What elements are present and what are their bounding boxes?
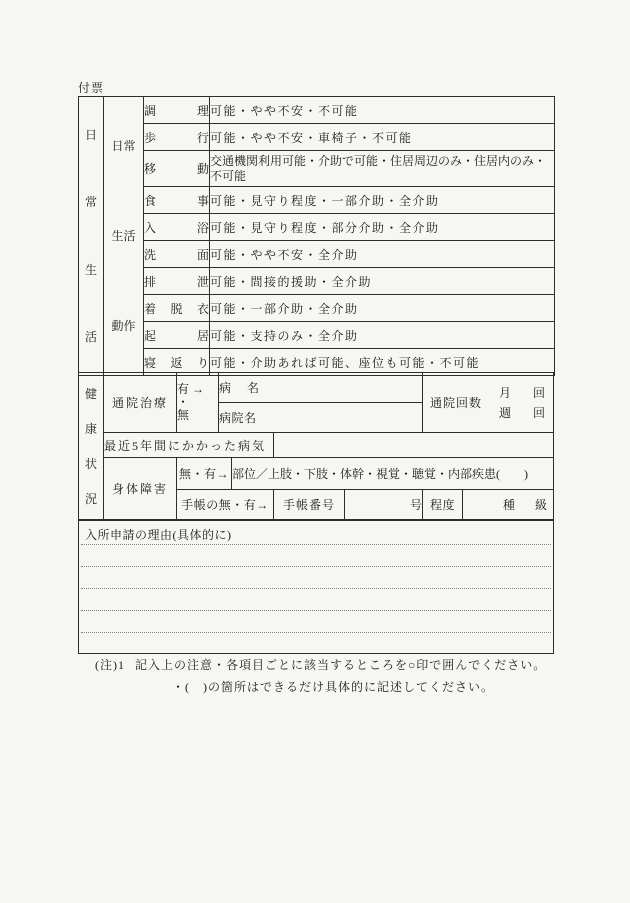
activity-options: 可能・やや不安・全介助 bbox=[210, 241, 555, 268]
footnote-prefix: (注)1 bbox=[95, 656, 125, 673]
activity-options: 可能・見守り程度・一部介助・全介助 bbox=[210, 187, 555, 214]
per-month-label: 月 bbox=[499, 384, 511, 401]
hospital-name-field: 病院名 bbox=[219, 403, 423, 433]
disease-name-field: 病 名 bbox=[219, 373, 423, 403]
activity-options: 可能・やや不安・車椅子・不可能 bbox=[210, 124, 555, 151]
adl-section-label: 日 常 生 活 bbox=[79, 97, 104, 376]
degree-field: 種 級 bbox=[463, 490, 554, 520]
health-section-label-text: 健 康 状 況 bbox=[79, 376, 103, 516]
application-reason-box: 入所申請の理由(具体的に) bbox=[78, 520, 554, 654]
footnote-1-text: 記入上の注意・各項目ごとに該当するところを○印で囲んでください。 bbox=[135, 656, 546, 673]
footnote-1: (注)1 記入上の注意・各項目ごとに該当するところを○印で囲んでください。 bbox=[95, 656, 546, 673]
health-section-label: 健 康 状 況 bbox=[79, 373, 104, 520]
adl-row-getting-up: 起居 可能・支持のみ・全介助 bbox=[79, 322, 555, 349]
recent-illness-field bbox=[274, 433, 554, 458]
adl-row-toileting: 排泄 可能・間接的援助・全介助 bbox=[79, 268, 555, 295]
activity-label: 入浴 bbox=[144, 214, 210, 241]
activity-options: 可能・やや不安・不可能 bbox=[210, 97, 555, 124]
adl-row-dressing: 着脱衣 可能・一部介助・全介助 bbox=[79, 295, 555, 322]
activity-label: 起居 bbox=[144, 322, 210, 349]
ruled-line bbox=[81, 566, 551, 567]
ruled-line bbox=[81, 588, 551, 589]
activity-label: 食事 bbox=[144, 187, 210, 214]
adl-row-mobility: 移動 交通機関利用可能・介助で可能・住居周辺のみ・住居内のみ・不可能 bbox=[79, 151, 555, 187]
outpatient-treatment-label: 通院治療 bbox=[104, 373, 177, 433]
activity-options: 交通機関利用可能・介助で可能・住居周辺のみ・住居内のみ・不可能 bbox=[210, 151, 555, 187]
health-table: 健 康 状 況 通院治療 有 → ・ 無 病 名 通院回数 月 回 bbox=[78, 372, 554, 520]
health-row-recent-illness: 最近5年間にかかった病気 bbox=[79, 433, 554, 458]
activity-label: 移動 bbox=[144, 151, 210, 187]
adl-sub-label-text: 日常 生活 動作 bbox=[104, 101, 143, 371]
visit-frequency-cell: 通院回数 月 回 週 回 bbox=[423, 373, 554, 433]
activity-label: 着脱衣 bbox=[144, 295, 210, 322]
disability-parts: 部位／上肢・下肢・体幹・視覚・聴覚・内部疾患( ) bbox=[232, 458, 554, 490]
adl-row-cooking: 日 常 生 活 日常 生活 動作 調理 可能・やや不安・不可能 bbox=[79, 97, 555, 124]
activity-options: 可能・間接的援助・全介助 bbox=[210, 268, 555, 295]
adl-section-label-text: 日 常 生 活 bbox=[79, 101, 103, 371]
physical-disability-label: 身体障害 bbox=[104, 458, 177, 520]
recent-illness-label: 最近5年間にかかった病気 bbox=[104, 433, 274, 458]
form-page: 付票 日 常 生 活 日常 生活 動作 調理 可能・やや不安・不可能 bbox=[0, 0, 630, 903]
ruled-line bbox=[81, 544, 551, 545]
adl-table: 日 常 生 活 日常 生活 動作 調理 可能・やや不安・不可能 歩行 可能・やや… bbox=[78, 96, 555, 376]
visit-frequency-units: 月 回 週 回 bbox=[499, 384, 553, 421]
adl-row-bathing: 入浴 可能・見守り程度・部分介助・全介助 bbox=[79, 214, 555, 241]
techo-number-field: 号 bbox=[345, 490, 423, 520]
activity-options: 可能・支持のみ・全介助 bbox=[210, 322, 555, 349]
disability-yes-no: 無・有→ bbox=[177, 458, 232, 490]
adl-sub-label: 日常 生活 動作 bbox=[104, 97, 144, 376]
activity-options: 可能・見守り程度・部分介助・全介助 bbox=[210, 214, 555, 241]
activity-label: 歩行 bbox=[144, 124, 210, 151]
degree-label: 程度 bbox=[423, 490, 463, 520]
visit-frequency-label: 通院回数 bbox=[423, 394, 482, 411]
ruled-line bbox=[81, 632, 551, 633]
grade-shu-label: 種 bbox=[503, 496, 515, 513]
activity-label: 排泄 bbox=[144, 268, 210, 295]
activity-label: 調理 bbox=[144, 97, 210, 124]
adl-row-eating: 食事 可能・見守り程度・一部介助・全介助 bbox=[79, 187, 555, 214]
adl-row-walking: 歩行 可能・やや不安・車椅子・不可能 bbox=[79, 124, 555, 151]
activity-options: 可能・一部介助・全介助 bbox=[210, 295, 555, 322]
footnote-2: ・( )の箇所はできるだけ具体的に記述してください。 bbox=[172, 678, 494, 695]
techo-yes-no: 手帳の無・有→ bbox=[177, 490, 274, 520]
per-week-label: 週 bbox=[499, 404, 511, 421]
form-title: 付票 bbox=[78, 79, 104, 96]
health-row-disability: 身体障害 無・有→ 部位／上肢・下肢・体幹・視覚・聴覚・内部疾患( ) bbox=[79, 458, 554, 490]
grade-kyu-label: 級 bbox=[535, 496, 547, 513]
times-label: 回 bbox=[533, 384, 545, 401]
adl-row-face-washing: 洗面 可能・やや不安・全介助 bbox=[79, 241, 555, 268]
activity-label: 洗面 bbox=[144, 241, 210, 268]
times-label: 回 bbox=[533, 404, 545, 421]
outpatient-yes-no: 有 → ・ 無 bbox=[177, 373, 219, 433]
ruled-line bbox=[81, 610, 551, 611]
health-row-disease-name: 健 康 状 況 通院治療 有 → ・ 無 病 名 通院回数 月 回 bbox=[79, 373, 554, 403]
application-reason-label: 入所申請の理由(具体的に) bbox=[85, 526, 232, 543]
techo-number-label: 手帳番号 bbox=[274, 490, 345, 520]
